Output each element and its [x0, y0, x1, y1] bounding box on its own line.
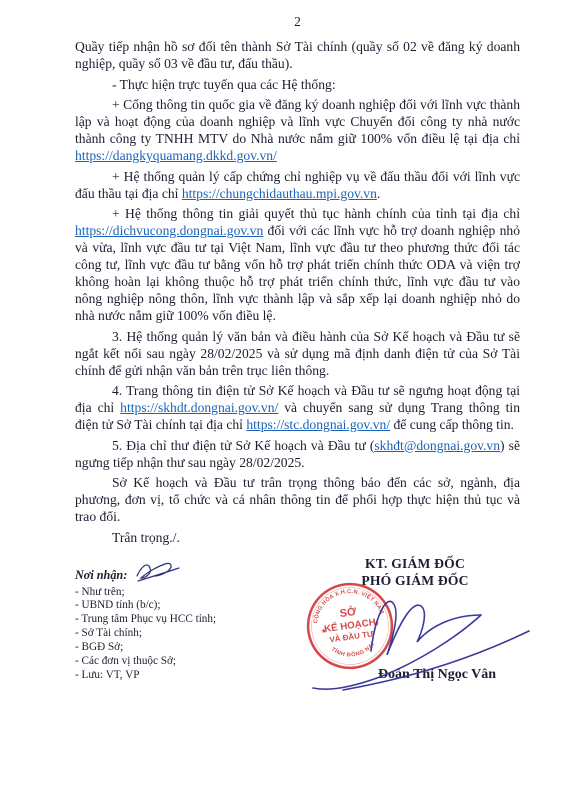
- document-footer: Nơi nhận: - Như trên;- UBND tỉnh (b/c);-…: [75, 555, 520, 800]
- text-run: 3. Hệ thống quản lý văn bản và điều hành…: [75, 329, 520, 378]
- paragraph: + Hệ thống quản lý cấp chứng chỉ nghiệp …: [75, 168, 520, 202]
- official-seal: CỘNG HÒA X.H.C.N. VIỆT NAM TỈNH ĐỒNG NAI…: [300, 576, 399, 675]
- document-page: 2 Quầy tiếp nhận hồ sơ đổi tên thành Sở …: [0, 0, 566, 800]
- hyperlink[interactable]: https://dichvucong.dongnai.gov.vn: [75, 223, 263, 238]
- recipients-list: - Như trên;- UBND tỉnh (b/c);- Trung tâm…: [75, 586, 216, 683]
- document-body: Quầy tiếp nhận hồ sơ đổi tên thành Sở Tà…: [75, 38, 520, 546]
- paragraph: 5. Địa chỉ thư điện tử Sở Kế hoạch và Đầ…: [75, 437, 520, 471]
- text-run: + Cổng thông tin quốc gia về đăng ký doa…: [75, 97, 520, 146]
- recipient-item: - Các đơn vị thuộc Sở;: [75, 655, 216, 669]
- paragraph: Sở Kế hoạch và Đầu tư trân trọng thông b…: [75, 474, 520, 525]
- paragraph: - Thực hiện trực tuyến qua các Hệ thống:: [75, 76, 520, 93]
- page-number: 2: [75, 14, 520, 30]
- hyperlink[interactable]: skhđt@dongnai.gov.vn: [374, 438, 500, 453]
- signer-name: Đoàn Thị Ngọc Vân: [339, 667, 535, 683]
- text-run: Trân trọng./.: [112, 530, 180, 545]
- hyperlink[interactable]: https://stc.dongnai.gov.vn/: [246, 417, 390, 432]
- recipient-item: - Lưu: VT, VP: [75, 669, 216, 683]
- text-run: để cung cấp thông tin.: [390, 417, 514, 432]
- paragraph: + Cổng thông tin quốc gia về đăng ký doa…: [75, 96, 520, 164]
- text-run: .: [377, 186, 380, 201]
- text-run: Quầy tiếp nhận hồ sơ đổi tên thành Sở Tà…: [75, 39, 520, 71]
- text-run: 5. Địa chỉ thư điện tử Sở Kế hoạch và Đầ…: [112, 438, 374, 453]
- hyperlink[interactable]: https://dangkyquamang.dkkd.gov.vn/: [75, 148, 277, 163]
- paragraph: 3. Hệ thống quản lý văn bản và điều hành…: [75, 328, 520, 379]
- signature-title-kt: KT. GIÁM ĐỐC: [295, 555, 535, 572]
- handwritten-initials: [131, 559, 183, 585]
- recipient-item: - UBND tỉnh (b/c);: [75, 599, 216, 613]
- recipients-label: Nơi nhận:: [75, 568, 127, 582]
- recipients-block: Nơi nhận: - Như trên;- UBND tỉnh (b/c);-…: [75, 559, 216, 683]
- hyperlink[interactable]: https://skhdt.dongnai.gov.vn/: [120, 400, 278, 415]
- text-run: đối với các lĩnh vực hỗ trợ doanh nghiệp…: [75, 223, 520, 323]
- recipient-item: - Như trên;: [75, 586, 216, 600]
- paragraph: + Hệ thống thông tin giải quyết thủ tục …: [75, 205, 520, 324]
- text-run: + Hệ thống thông tin giải quyết thủ tục …: [112, 206, 520, 221]
- recipient-item: - Sở Tài chính;: [75, 627, 216, 641]
- paragraph: Trân trọng./.: [75, 529, 520, 546]
- hyperlink[interactable]: https://chungchidauthau.mpi.gov.vn: [182, 186, 377, 201]
- text-run: Sở Kế hoạch và Đầu tư trân trọng thông b…: [75, 475, 520, 524]
- paragraph: Quầy tiếp nhận hồ sơ đổi tên thành Sở Tà…: [75, 38, 520, 72]
- paragraph: 4. Trang thông tin điện tử Sở Kế hoạch v…: [75, 382, 520, 433]
- recipient-item: - Trung tâm Phục vụ HCC tỉnh;: [75, 613, 216, 627]
- seal-center-line1: SỞ: [339, 604, 358, 619]
- recipient-item: - BGĐ Sở;: [75, 641, 216, 655]
- text-run: - Thực hiện trực tuyến qua các Hệ thống:: [112, 77, 336, 92]
